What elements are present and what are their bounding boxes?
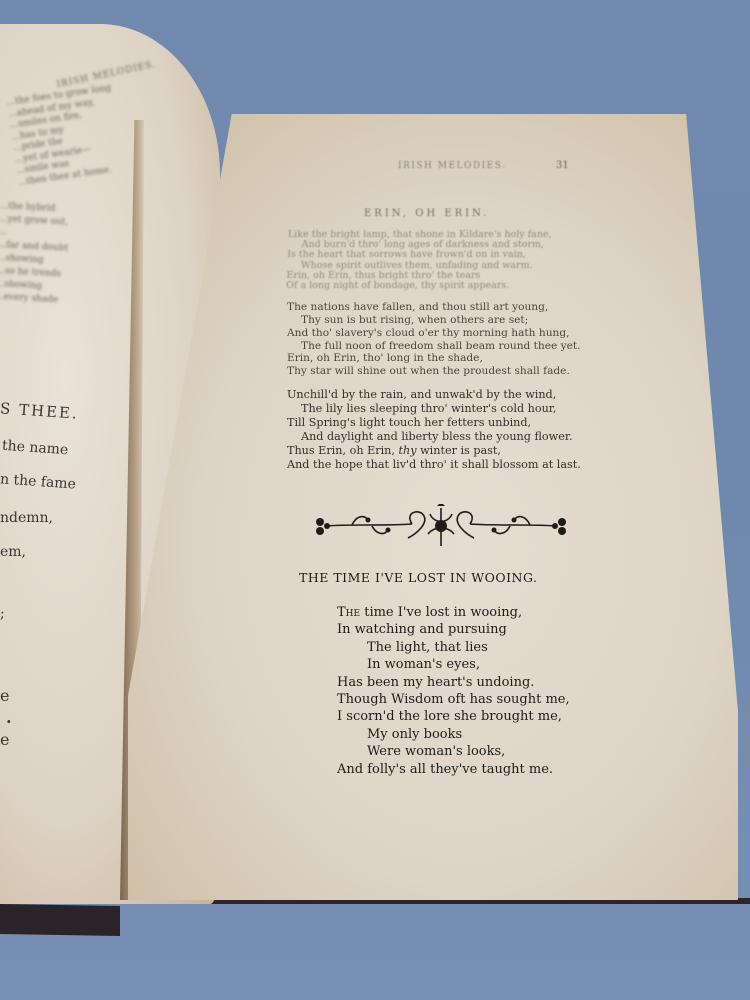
poem-line: Were woman's looks, [337,743,570,760]
poem-title-time-ive-lost: THE TIME I'VE LOST IN WOOING. [299,570,538,585]
poem-line: Thy star will shine out when the proudes… [287,365,607,378]
running-head: IRISH MELODIES. [398,161,506,171]
page-number: 31 [556,160,569,171]
poem-line: The lily lies sleeping thro' winter's co… [287,402,607,416]
left-fragment: e [0,686,9,705]
left-fragment: . [6,708,12,727]
left-fragment: ndemn, [0,510,53,526]
poem-line: And daylight and liberty bless the young… [287,430,607,444]
poem-line: And folly's all they've taught me. [337,761,570,778]
stanza-2: The nations have fallen, and thou still … [287,301,607,378]
poem-line: And tho' slavery's cloud o'er thy mornin… [287,327,607,340]
poem-line: The light, that lies [337,639,570,656]
poem-line: Unchill'd by the rain, and unwak'd by th… [287,388,607,402]
poem-line: The full noon of freedom shall beam roun… [287,340,607,353]
poem-line: Thus Erin, oh Erin, thy winter is past, [287,444,607,458]
left-fragment: e [0,730,9,749]
poem-line: And the hope that liv'd thro' it shall b… [287,458,607,472]
book-cover-bottom [0,904,120,936]
floral-ornament-icon [312,504,570,548]
poem-erin-oh-erin: Like the bright lamp, that shone in Kild… [287,230,607,482]
poem-line: The time I've lost in wooing, [337,604,570,621]
left-blurred-stanza-1: ...the foes to grow long ...ahead of my … [6,83,123,189]
poem-line: My only books [337,726,570,743]
poem-line: Erin, oh Erin, tho' long in the shade, [287,352,607,365]
poem-line: Though Wisdom oft has sought me, [337,691,570,708]
poem-line: Of a long night of bondage, thy spirit a… [286,281,606,291]
poem-line: I scorn'd the lore she brought me, [337,708,570,725]
poem-line: Till Spring's light touch her fetters un… [287,416,607,430]
poem-line: Has been my heart's undoing. [337,674,570,691]
poem-line: In watching and pursuing [337,621,570,638]
poem-time-ive-lost-in-wooing: The time I've lost in wooing, In watchin… [337,604,570,778]
left-fragment: ; [0,606,5,622]
left-blurred-stanza-2: ...the hybrid ...yet grow out, ... ...fa… [0,200,70,308]
poem-line: In woman's eyes, [337,656,570,673]
poem-line: The nations have fallen, and thou still … [287,301,607,314]
poem-line: Thy sun is but rising, when others are s… [287,314,607,327]
poem-title-erin: ERIN, OH ERIN. [364,208,489,219]
stanza-1: Like the bright lamp, that shone in Kild… [286,230,608,291]
left-fragment: em, [0,544,26,560]
stanza-3: Unchill'd by the rain, and unwak'd by th… [287,388,607,472]
